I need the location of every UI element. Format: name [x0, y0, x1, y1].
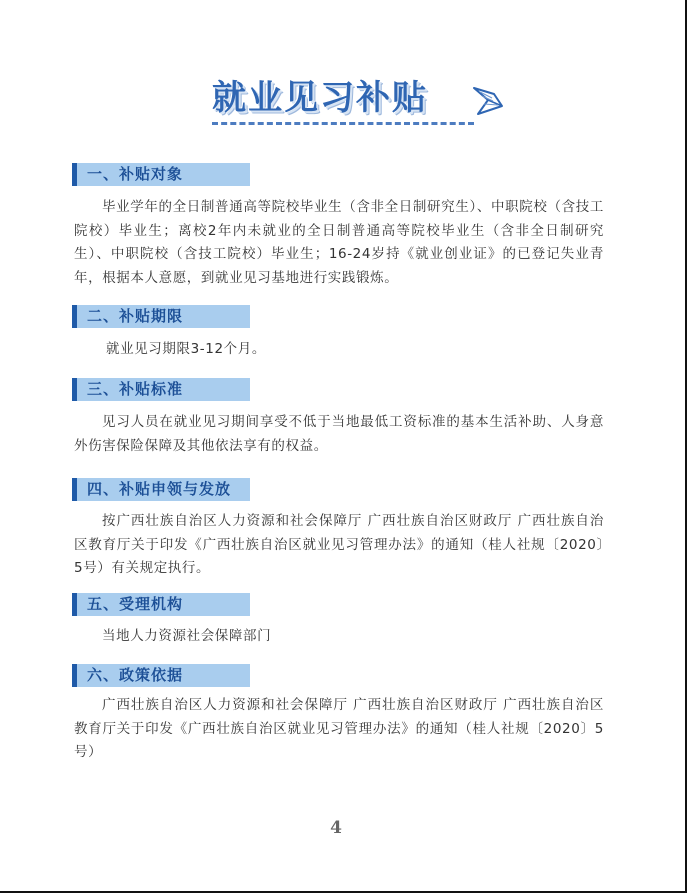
page-number: 4 [0, 818, 672, 838]
section-body-4: 按广西壮族自治区人力资源和社会保障厅 广西壮族自治区财政厅 广西壮族自治区教育厅… [74, 510, 604, 581]
section-heading-3: 三、补贴标准 [72, 378, 250, 401]
section-heading-6: 六、政策依据 [72, 664, 250, 687]
title-dashed-underline [212, 122, 474, 125]
section-body-1: 毕业学年的全日制普通高等院校毕业生（含非全日制研究生）、中职院校（含技工院校）毕… [74, 196, 604, 290]
section-body-3: 见习人员在就业见习期间享受不低于当地最低工资标准的基本生活补助、人身意外伤害保险… [74, 411, 604, 458]
section-heading-2: 二、补贴期限 [72, 305, 250, 328]
paper-plane-arrow-icon [468, 84, 508, 120]
section-heading-text: 五、受理机构 [87, 594, 183, 615]
section-body-5: 当地人力资源社会保障部门 [74, 625, 604, 649]
section-heading-5: 五、受理机构 [72, 593, 250, 616]
section-heading-4: 四、补贴申领与发放 [72, 478, 250, 501]
section-heading-text: 一、补贴对象 [87, 164, 183, 185]
section-body-2: 就业见习期限3-12个月。 [78, 338, 608, 362]
section-heading-text: 六、政策依据 [87, 665, 183, 686]
section-heading-text: 四、补贴申领与发放 [87, 479, 231, 500]
document-page: 就业见习补贴 一、补贴对象 毕业学年的全日制普通高等院校毕业生（含非全日制研究生… [0, 0, 687, 893]
section-heading-text: 二、补贴期限 [87, 306, 183, 327]
section-heading-text: 三、补贴标准 [87, 379, 183, 400]
title-banner: 就业见习补贴 [210, 78, 510, 130]
section-body-6: 广西壮族自治区人力资源和社会保障厅 广西壮族自治区财政厅 广西壮族自治区教育厅关… [74, 694, 604, 765]
page-title: 就业见习补贴 [212, 78, 428, 118]
section-heading-1: 一、补贴对象 [72, 163, 250, 186]
